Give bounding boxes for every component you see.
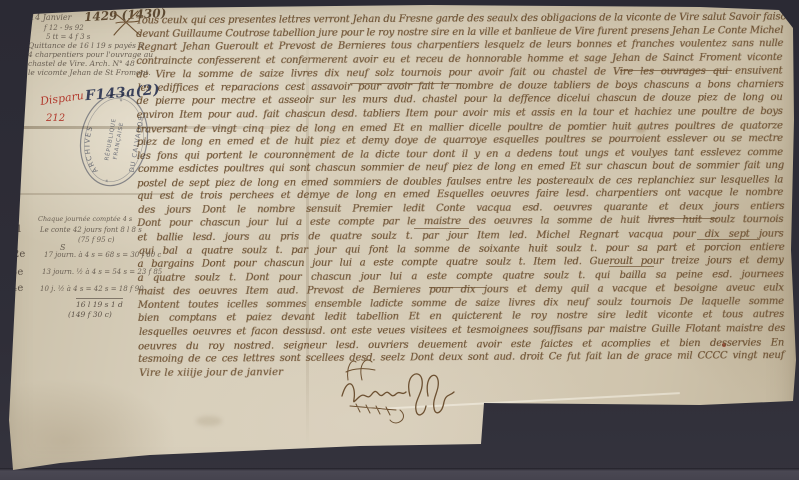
pencil-ref-line2: 5 tt = 4 f 3 s	[46, 33, 90, 42]
manuscript-line: Montent toutes icelles sommes ensemble l…	[138, 295, 784, 313]
margin-total: 16 l 19 s 1 d	[76, 298, 123, 309]
manuscript-line: et ballie lesd. jours au pris de quatre …	[137, 227, 783, 245]
pencil-ref-line1: f 12 - 9s 92	[44, 24, 84, 33]
svg-text:*: *	[119, 98, 126, 102]
table-edge-band	[0, 468, 799, 480]
margin-numeral-4: 4e	[11, 283, 23, 294]
manuscript-line: lesquelles oeuvres et facon dessusd. ont…	[139, 322, 785, 340]
notary-signature-flourish	[336, 366, 476, 432]
underline-mark	[429, 287, 486, 288]
manuscript-line: tesmoing de ce ces lettres sont scellees…	[138, 349, 784, 367]
underline-mark	[414, 228, 469, 229]
svg-text:RÉPUBLIQUE: RÉPUBLIQUE	[102, 117, 117, 161]
manuscript-line: devant Guillaume Coutrose tabellion jure…	[136, 24, 782, 42]
manuscript-line: traversant de vingt cinq piez de long en…	[137, 119, 783, 137]
manuscript-line: qui est de trois perchees et demye de lo…	[137, 186, 783, 204]
pencil-date-note: 14 Janvier	[30, 13, 72, 22]
manuscript-line: a quatre soulz t. Dont pour chascun jour…	[138, 268, 784, 286]
margin-numeral-3: 3e	[11, 267, 23, 278]
closing-flourish	[342, 356, 378, 384]
red-disparu-number: 212	[46, 113, 65, 124]
parchment-sheet: Tous ceulx qui ces presentes lettres ver…	[0, 0, 799, 480]
pencil-summary-note: Quittance de 16 l 19 s payés à 4 charpen…	[28, 41, 153, 77]
svg-text:DU CALVADOS: DU CALVADOS	[128, 115, 146, 173]
archive-stamp: ARCHIVES RÉPUBLIQUE FRANÇAISE DU CALVADO…	[69, 84, 159, 195]
manuscript-line: piez de long en emed et de huit piez et …	[137, 132, 783, 150]
manuscript-line: qui bal a quatre soulz t. par jour qui f…	[138, 241, 784, 259]
underline-mark	[609, 266, 654, 267]
vertical-crease	[306, 8, 309, 446]
manuscript-line: bien comptans et paiez devant ledit tabe…	[138, 308, 784, 326]
manuscript-line: contraincte confesserent et confermerent…	[136, 51, 782, 69]
margin-calc-row3: 13 journ. ½ à 4 s = 54 s = 23 f 85	[42, 268, 162, 276]
year-note: 1429 (1430)	[84, 6, 167, 24]
underline-mark	[650, 218, 718, 219]
manuscript-line: maist des oeuvres Item aud. Prevost de B…	[138, 282, 784, 300]
red-disparu-note: Disparu	[39, 89, 84, 108]
parchment-blemish	[196, 416, 222, 426]
svg-text:*: *	[105, 179, 112, 183]
manuscript-line: de Vire la somme de saize livres dix neu…	[136, 65, 782, 83]
svg-text:FRANÇAISE: FRANÇAISE	[113, 122, 126, 160]
horizontal-crease	[22, 126, 312, 129]
manuscript-line: Regnart Jehan Gueroult et Prevost de Ber…	[137, 37, 783, 55]
manuscript-line: environ Item pour aud. fait chascun desd…	[137, 105, 783, 123]
margin-calc-row2: 17 journ. à 4 s = 68 s = 30 f 60 c	[44, 251, 161, 259]
manuscript-line: Tous ceulx qui ces presentes lettres ver…	[136, 10, 782, 28]
underline-mark	[350, 83, 464, 84]
diagonal-crease	[380, 392, 680, 410]
manuscript-line: comme esdictes poultres qui sont chascun…	[138, 159, 784, 177]
manuscript-line: postel de sept piez de long en emed somm…	[137, 173, 783, 191]
red-wax-speck	[722, 343, 726, 347]
manuscript-line: Dont pour chascun jour lui a este compte…	[137, 213, 783, 231]
manuscript-line: a bargains Dont pour chascun jour lui a …	[137, 254, 783, 272]
ink-stain	[636, 126, 646, 133]
svg-text:ARCHIVES: ARCHIVES	[78, 124, 107, 175]
underline-mark	[697, 239, 760, 240]
margin-total-francs: (149 f 30 c)	[68, 310, 112, 319]
call-number: F143a(2)	[84, 82, 160, 104]
opening-cross-flourish	[112, 9, 142, 37]
manuscript-line: oeuvres du roy nostred. seigneur lesd. o…	[138, 336, 784, 354]
margin-numeral-2: 2e	[13, 249, 25, 260]
manuscript-line: de pierre pour mectre et asseoir sur les…	[136, 91, 782, 109]
scanned-parchment-photo: Tous ceulx qui ces presentes lettres ver…	[0, 0, 799, 480]
manuscript-line: les fons qui portent le couronnement de …	[137, 146, 783, 164]
margin-calc-row1: Le conte 42 jours font 8 l 8 s	[40, 226, 142, 234]
margin-calc-row1-sub: (75 f 95 c)	[78, 236, 114, 244]
margin-calc-row4: 10 j. ½ à 4 s = 42 s = 18 f 90	[40, 285, 144, 293]
manuscript-line: Vire le xiiije jour de janvier	[139, 363, 785, 381]
underline-mark	[620, 70, 732, 71]
manuscript-line: des jours Dont le nombre sensuit Premier…	[138, 200, 784, 218]
margin-rate-note: Chaque journée comptée 4 s	[38, 215, 132, 223]
manuscript-line: les ediffices et reparacions cest assavo…	[137, 78, 783, 96]
horizontal-crease	[18, 193, 168, 195]
margin-extra-mark: S	[60, 243, 65, 252]
manuscript-text-block: Tous ceulx qui ces presentes lettres ver…	[136, 10, 784, 380]
margin-numeral-1: 1	[16, 224, 22, 235]
